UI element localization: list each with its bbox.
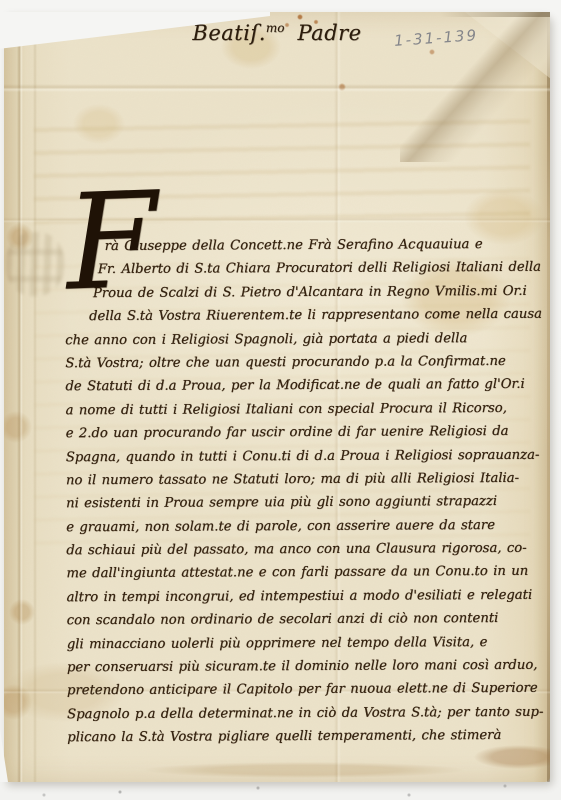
drop-cap-initial: F [64,174,160,309]
text-line: e 2.do uan procurando far uscir ordine d… [64,420,548,446]
text-line: che anno con i Religiosi Spagnoli, già p… [63,326,547,352]
text-line: me dall'ingiunta attestat.ne e con farli… [64,560,548,586]
text-line: gli minacciano uolerli più opprimere nel… [65,630,549,656]
text-line: a nome di tutti i Religiosi Italiani con… [64,396,548,422]
salutation-word: Beatiſ. [192,21,265,45]
text-line: Spagnolo p.a della determinat.ne in ciò … [65,701,549,727]
text-line: pretendono anticipare il Capitolo per fa… [65,677,549,703]
bleedthrough-smudge [6,232,64,296]
vertical-fold-crease-left [17,12,23,782]
text-line: e grauami, non solam.te di parole, con a… [64,513,548,539]
text-line: de Statuti di d.a Proua, per la Modifica… [63,373,547,399]
top-right-edge-line [440,12,550,17]
text-line: da schiaui più del passato, ma anco con … [64,537,548,563]
scanner-background: Beatiſ.moPadre 1-31-139 F rà Giuseppe de… [0,0,561,800]
text-line: per conseruarsi più sicuram.te il domini… [65,654,549,680]
text-line: ni esistenti in Proua sempre uia più gli… [64,490,548,516]
text-line: plicano la S.tà Vostra pigliare quelli t… [65,724,549,750]
text-line: con scandalo non ordinario de secolari a… [65,607,549,633]
vertical-fold-crease-left-2 [33,12,37,782]
text-line: S.tà Vostra; oltre che uan questi procur… [63,350,547,376]
text-line: altro in tempi incongrui, ed intempestiu… [64,584,548,610]
salutation-superscript: mo [266,21,285,35]
horizontal-fold-crease-top [4,84,550,92]
salutation-word: Padre [297,21,361,45]
text-line: Spagna, quando in tutti i Conu.ti di d.a… [64,443,548,469]
manuscript-page: Beatiſ.moPadre 1-31-139 F rà Giuseppe de… [4,12,550,782]
text-line: no il numero tassato ne Statuti loro; ma… [64,467,548,493]
